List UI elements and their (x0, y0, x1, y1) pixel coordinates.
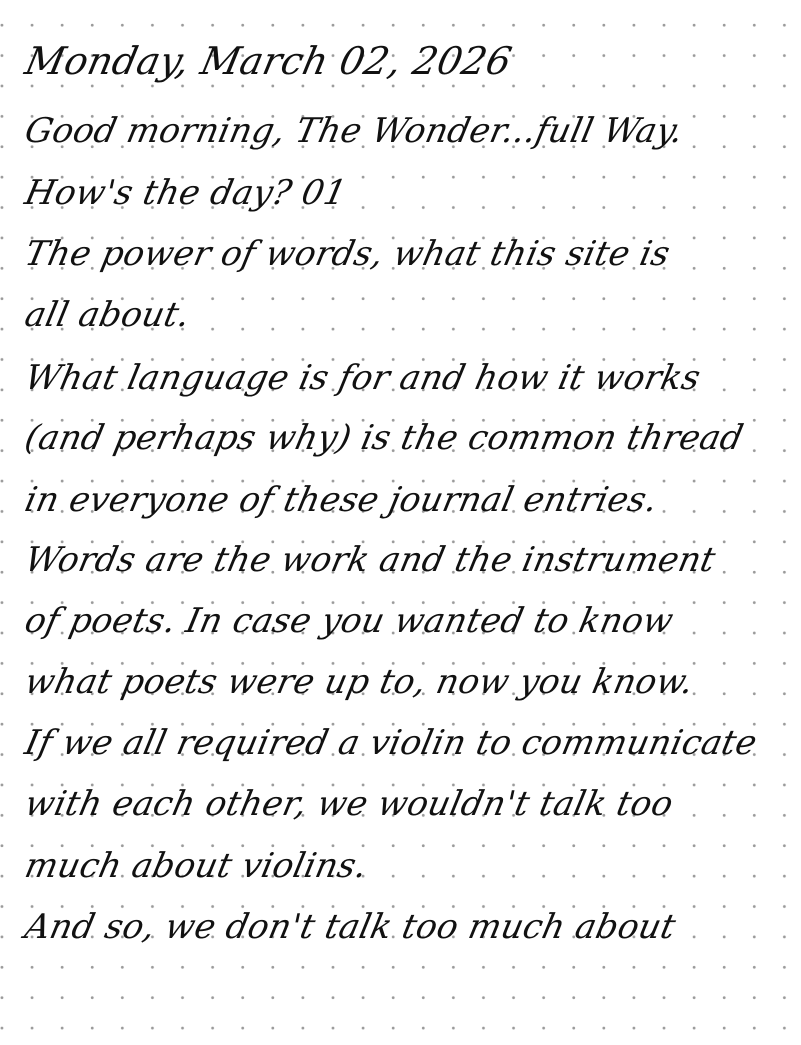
handwritten-line: If we all required a violin to communica… (22, 726, 760, 760)
handwritten-line: Words are the work and the instrument (22, 543, 718, 577)
handwritten-line: what poets were up to, now you know. (22, 665, 697, 699)
handwritten-line: (and perhaps why) is the common thread (22, 421, 746, 455)
handwritten-line: of poets. In case you wanted to know (22, 604, 676, 638)
dot-grid-page: Monday, March 02, 2026 Good morning, The… (0, 0, 801, 1045)
handwritten-line: How's the day? 01 (22, 176, 349, 210)
handwritten-line: in everyone of these journal entries. (22, 483, 661, 517)
handwritten-line: all about. (22, 298, 193, 332)
date-heading: Monday, March 02, 2026 (22, 42, 515, 80)
handwritten-line: What language is for and how it works (22, 361, 703, 395)
handwritten-line: The power of words, what this site is (22, 237, 673, 271)
handwritten-line: And so, we don't talk too much about (22, 910, 679, 944)
handwritten-line: with each other, we wouldn't talk too (22, 787, 676, 821)
handwritten-line: Good morning, The Wonder...full Way. (22, 114, 686, 148)
handwritten-line: much about violins. (22, 849, 370, 883)
